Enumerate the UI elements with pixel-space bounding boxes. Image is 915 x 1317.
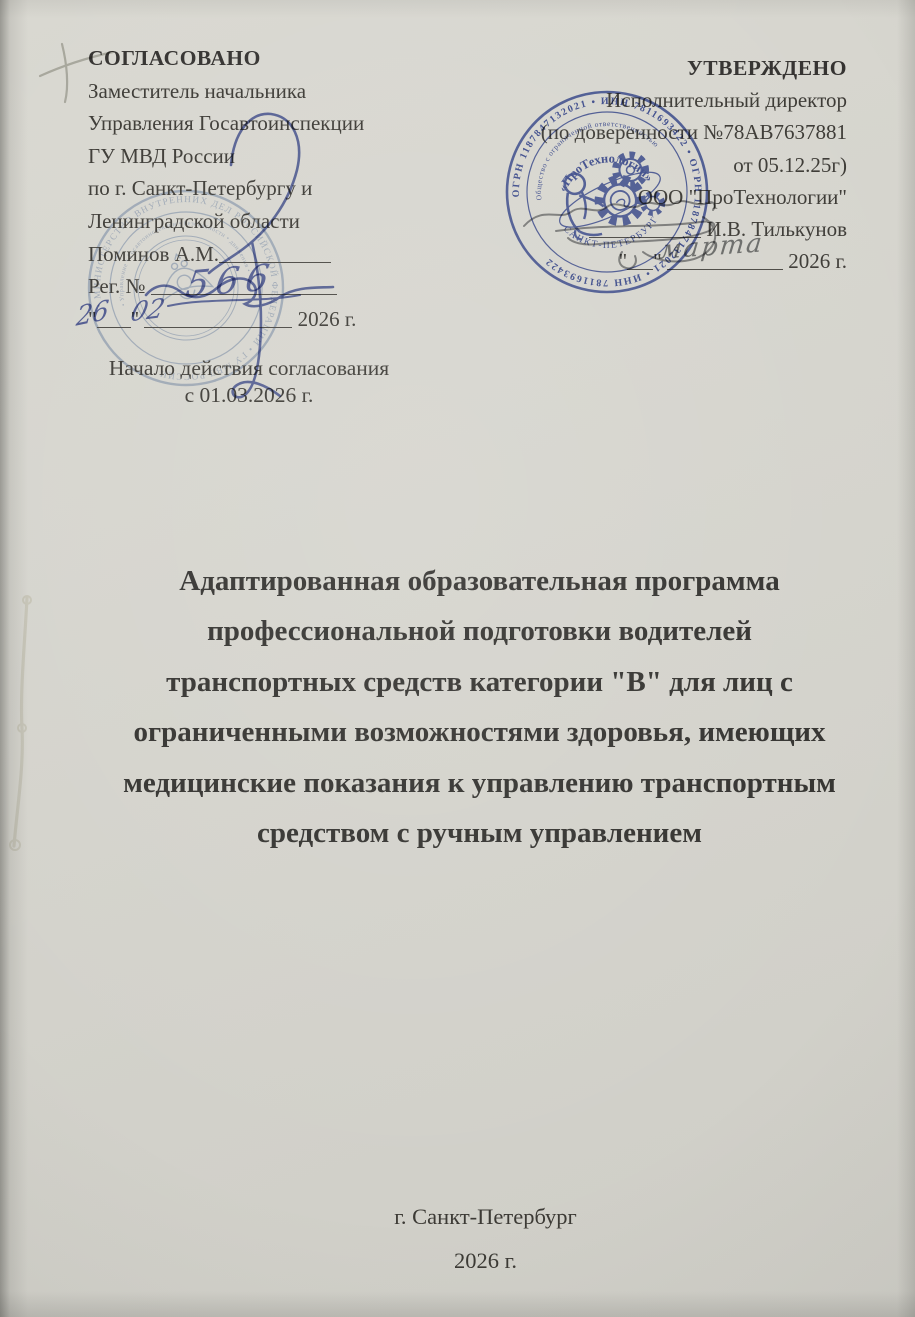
document-title: Адаптированная образовательная программа… (50, 556, 910, 858)
approval-line: Ленинградской области (88, 205, 508, 238)
footer-year: 2026 г. (394, 1249, 577, 1273)
footer: г. Санкт-Петербург 2026 г. (394, 1205, 577, 1273)
binding-thread (10, 596, 31, 850)
signature-line (219, 241, 331, 263)
scanned-document-page: • МИНИСТЕРСТВО ВНУТРЕННИХ ДЕЛ РОССИЙСКОЙ… (0, 0, 915, 1317)
approval-title: СОГЛАСОВАНО (88, 42, 508, 75)
title-line: транспортных средств категории "В" для л… (50, 657, 910, 707)
approval-line: ГУ МВД России (88, 140, 508, 173)
note-line-2: с 01.03.2026 г. (84, 382, 414, 409)
affirmation-year: 2026 г. (788, 249, 847, 273)
approval-line: Заместитель начальника (88, 75, 508, 108)
protechnologii-company-stamp: ОГРН 1187847132021 • ИНН 7811693422 • ОГ… (488, 73, 726, 311)
quote-mark: " (131, 307, 140, 331)
title-line: ограниченными возможностями здоровья, им… (50, 707, 910, 757)
approval-line: Управления Госавтоинспекции (88, 107, 508, 140)
approval-year: 2026 г. (298, 307, 357, 331)
reg-number-line (151, 273, 337, 295)
approval-signer-name: Поминов А.М. (88, 242, 219, 266)
title-line: Адаптированная образовательная программа (50, 556, 910, 606)
title-line: средством с ручным управлением (50, 808, 910, 858)
title-line: медицинские показания к управлению транс… (50, 758, 910, 808)
approval-signer-row: Поминов А.М. (88, 238, 508, 271)
month-line (144, 306, 292, 328)
approval-date-row: "" 2026 г. (88, 303, 508, 336)
note-line-1: Начало действия согласования (84, 355, 414, 382)
approval-block: СОГЛАСОВАНО Заместитель начальника Управ… (88, 42, 508, 335)
day-line (97, 306, 131, 328)
affirmation-signer-name: И.В. Тилькунов (706, 217, 847, 241)
footer-city: г. Санкт-Петербург (394, 1205, 577, 1229)
title-line: профессиональной подготовки водителей (50, 606, 910, 656)
quote-mark: " (88, 307, 97, 331)
approval-reg-row: Рег. № (88, 270, 508, 303)
approval-effective-note: Начало действия согласования с 01.03.202… (84, 355, 414, 409)
approval-line: по г. Санкт-Петербургу и (88, 172, 508, 205)
reg-label: Рег. № (88, 274, 146, 298)
